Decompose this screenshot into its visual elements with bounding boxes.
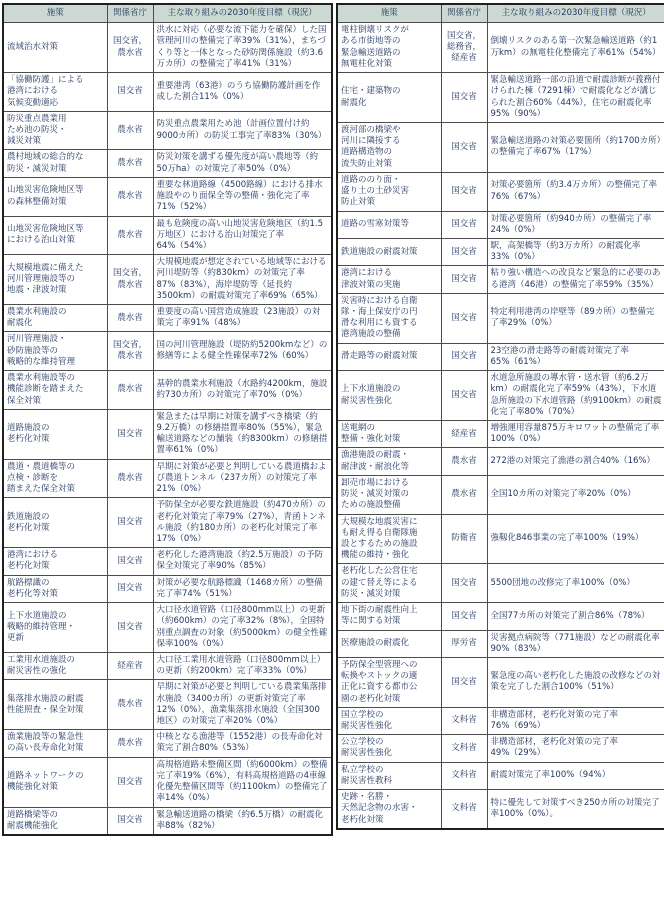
- measure-cell: 漁業施設等の緊急性 の高い長寿命化対策: [3, 730, 107, 757]
- ministry-cell: 国交省: [441, 603, 487, 630]
- table-row: 大規模地震に備えた 河川管理施設等の 地震・津波対策国交省， 農水省大規模地震が…: [3, 255, 332, 305]
- measure-cell: 港湾における 津波対策の実施: [337, 266, 441, 293]
- ministry-cell: 国交省: [441, 564, 487, 603]
- ministry-cell: 国交省: [441, 371, 487, 421]
- measure-cell: 山地災害危険地区等 における治山対策: [3, 216, 107, 255]
- target-cell: 増強運用容量875万キロワットの整備完了率100%（0%）: [487, 421, 664, 448]
- target-cell: 倒壊リスクのある第一次緊急輸送道路（約1万km）の無電柱化整備完了率61%（54…: [487, 23, 664, 73]
- target-cell: 高規格道路未整備区間（約6000km）の整備完了率19%（6%），有料高規格道路…: [153, 757, 332, 807]
- ministry-cell: 国交省: [441, 238, 487, 265]
- measure-cell: 電柱倒壊リスクが ある市街地等の 緊急輸送道路の 無電柱化対策: [337, 23, 441, 73]
- ministry-cell: 経産省: [441, 421, 487, 448]
- ministry-cell: 国交省: [441, 343, 487, 370]
- target-cell: 全国77カ所の対策完了割合86%（78%）: [487, 603, 664, 630]
- target-cell: 最も危険度の高い山地災害危険地区（約1.5万地区）における治山対策完了率64%（…: [153, 216, 332, 255]
- table-row: 山地災害危険地区等 の森林整備対策農水省重要な林道路線（4500路線）における排…: [3, 177, 332, 216]
- column-header-target: 主な取り組みの2030年度目標（現況）: [487, 4, 664, 23]
- measure-cell: 卸売市場における 防災・減災対策の ための施設整備: [337, 475, 441, 514]
- table-row: 「協働防護」による 港湾における 気候変動適応国交省重要港湾（63港）のうち協働…: [3, 73, 332, 112]
- measure-cell: 河川管理施設・ 砂防施設等の 戦略的な維持管理: [3, 332, 107, 371]
- table-row: 私立学校の 耐災害性教科文科省耐震対策完了率100%（94%）: [337, 762, 664, 789]
- table-row: 大規模な地震災害に も耐え得る自衛隊施 設とするための施設 機能の維持・強化防衛…: [337, 514, 664, 564]
- target-cell: 国の河川管理施設（堤防約5200kmなど）の修繕等による健全性確保率72%（60…: [153, 332, 332, 371]
- measure-cell: 大規模地震に備えた 河川管理施設等の 地震・津波対策: [3, 255, 107, 305]
- measure-cell: 公立学校の 耐災害性強化: [337, 735, 441, 762]
- target-cell: 老朽化した港湾施設（約2.5万施設）の予防保全対策完了率90%（85%）: [153, 548, 332, 575]
- target-cell: 早期に対策が必要と判明している農道橋および農道トンネル（237カ所）の対策完了率…: [153, 459, 332, 498]
- table-row: 史跡・名勝・ 天然記念物の水害・ 老朽化対策文科省特に優先して対策すべき250カ…: [337, 790, 664, 829]
- table-row: 航路標識の 老朽化等対策国交省対策が必要な航路標識（1468カ所）の整備完了率7…: [3, 575, 332, 602]
- target-cell: 対策必要箇所（約940カ所）の整備完了率24%（0%）: [487, 211, 664, 238]
- table-row: 港湾における 津波対策の実施国交省粘り強い構造への改良など緊急的に必要のある港湾…: [337, 266, 664, 293]
- ministry-cell: 文科省: [441, 707, 487, 734]
- measure-cell: 渡河部の橋梁や 河川に隣接する 道路構造物の 流失防止対策: [337, 122, 441, 172]
- target-cell: 予防保全が必要な鉄道施設（約470カ所）の老朽化対策完了率79%（27%），青函…: [153, 498, 332, 548]
- measure-cell: 道路橋梁等の 耐震機能強化: [3, 807, 107, 835]
- table-row: 道路の雪寒対策等国交省対策必要箇所（約940カ所）の整備完了率24%（0%）: [337, 211, 664, 238]
- measure-cell: 上下水道施設の 耐災害性強化: [337, 371, 441, 421]
- ministry-cell: 国交省: [107, 409, 153, 459]
- measure-cell: 山地災害危険地区等 の森林整備対策: [3, 177, 107, 216]
- measure-cell: 道路の雪寒対策等: [337, 211, 441, 238]
- target-cell: 大口径工業用水道管路（口径800mm以上）の更新（約200km）完了率33%（0…: [153, 652, 332, 679]
- table-row: 鉄道施設の 老朽化対策国交省予防保全が必要な鉄道施設（約470カ所）の老朽化対策…: [3, 498, 332, 548]
- target-cell: 駅，高架橋等（約3万カ所）の耐震化率33%（0%）: [487, 238, 664, 265]
- target-cell: 防災重点農業用ため池（計画位置付け約9000カ所）の防災工事完了率83%（30%…: [153, 111, 332, 150]
- table-row: 地下街の耐震性向上 等に関する対策国交省全国77カ所の対策完了割合86%（78%…: [337, 603, 664, 630]
- measure-cell: 農村地域の総合的な 防災・減災対策: [3, 150, 107, 177]
- table-row: 農村地域の総合的な 防災・減災対策農水省防災対策を講ずる優先度が高い農地等（約5…: [3, 150, 332, 177]
- target-cell: 基幹的農業水利施設（水路約4200km，施設約730カ所）の対策完了率70%（0…: [153, 371, 332, 410]
- ministry-cell: 農水省: [441, 475, 487, 514]
- ministry-cell: 国交省: [441, 657, 487, 707]
- ministry-cell: 国交省， 総務省， 経産省: [441, 23, 487, 73]
- table-row: 農道・農道橋等の 点検・診断を 踏まえた保全対策農水省早期に対策が必要と判明して…: [3, 459, 332, 498]
- ministry-cell: 文科省: [441, 762, 487, 789]
- measure-cell: 住宅・建築物の 耐震化: [337, 73, 441, 123]
- measure-cell: 港湾における 老朽化対策: [3, 548, 107, 575]
- target-cell: 非構造部材，老朽化対策の完了率76%（69%）: [487, 707, 664, 734]
- table-row: 道路ネットワークの 機能強化対策国交省高規格道路未整備区間（約6000km）の整…: [3, 757, 332, 807]
- target-cell: 洪水に対応（必要な流下能力を確保）した国管理河川の整備完了率39%（31%），ま…: [153, 23, 332, 73]
- table-header-row: 施策 関係省庁 主な取り組みの2030年度目標（現況）: [337, 4, 664, 23]
- measure-cell: 災害時における自衛 隊・海上保安庁の円 滑な利用にも資する 港湾施設の整備: [337, 293, 441, 343]
- measure-cell: 国立学校の 耐災害性強化: [337, 707, 441, 734]
- policy-table-right-body: 電柱倒壊リスクが ある市街地等の 緊急輸送道路の 無電柱化対策国交省， 総務省，…: [337, 23, 664, 829]
- measure-cell: 農業水利施設の 耐震化: [3, 305, 107, 332]
- ministry-cell: 国交省: [107, 73, 153, 112]
- column-header-measure: 施策: [337, 4, 441, 23]
- column-header-ministry: 関係省庁: [441, 4, 487, 23]
- table-row: 住宅・建築物の 耐震化国交省緊急輸送道路一部の沿道で耐震診断が義務付けられた棟（…: [337, 73, 664, 123]
- measure-cell: 私立学校の 耐災害性教科: [337, 762, 441, 789]
- target-cell: 重要度の高い国営造成施設（23施設）の対策完了率91%（48%）: [153, 305, 332, 332]
- ministry-cell: 国交省: [441, 172, 487, 211]
- table-row: 道路橋梁等の 耐震機能強化国交省緊急輸送道路の橋梁（約6.5万橋）の耐震化率88…: [3, 807, 332, 835]
- ministry-cell: 国交省: [107, 757, 153, 807]
- target-cell: 緊急度の高い老朽化した施設の改修などの対策を完了した割合100%（51%）: [487, 657, 664, 707]
- measure-cell: 鉄道施設の耐震対策: [337, 238, 441, 265]
- target-cell: 重要な林道路線（4500路線）における排水施設やのり面保全等の整備・強化完了率7…: [153, 177, 332, 216]
- ministry-cell: 国交省: [441, 211, 487, 238]
- measure-cell: 工業用水道施設の 耐災害性の強化: [3, 652, 107, 679]
- table-row: 河川管理施設・ 砂防施設等の 戦略的な維持管理国交省， 農水省国の河川管理施設（…: [3, 332, 332, 371]
- table-row: 漁業施設等の緊急性 の高い長寿命化対策農水省中核となる漁港等（1552港）の長寿…: [3, 730, 332, 757]
- measure-cell: 道路ののり面・ 盛り土の土砂災害 防止対策: [337, 172, 441, 211]
- target-cell: 水道急所施設の導水管・送水管（約6.2万km）の耐震化完了率59%（43%），下…: [487, 371, 664, 421]
- ministry-cell: 国交省: [441, 266, 487, 293]
- ministry-cell: 国交省: [107, 575, 153, 602]
- measure-cell: 「協働防護」による 港湾における 気候変動適応: [3, 73, 107, 112]
- table-row: 漁港施設の耐震・ 耐津波・耐浪化等農水省272港の対策完了漁港の割合40%（16…: [337, 448, 664, 475]
- measure-cell: 防災重点農業用 ため池の防災・ 減災対策: [3, 111, 107, 150]
- target-cell: 特定利用港湾の岸壁等（89カ所）の整備完了率29%（0%）: [487, 293, 664, 343]
- ministry-cell: 農水省: [107, 216, 153, 255]
- ministry-cell: 国交省: [441, 122, 487, 172]
- ministry-cell: 国交省: [107, 548, 153, 575]
- measure-cell: 集落排水施設の耐震 性能照査・保全対策: [3, 680, 107, 730]
- table-row: 農業水利施設等の 機能診断を踏まえた 保全対策農水省基幹的農業水利施設（水路約4…: [3, 371, 332, 410]
- table-row: 鉄道施設の耐震対策国交省駅，高架橋等（約3万カ所）の耐震化率33%（0%）: [337, 238, 664, 265]
- table-row: 滑走路等の耐震対策国交省23空港の滑走路等の耐震対策完了率65%（61%）: [337, 343, 664, 370]
- target-cell: 272港の対策完了漁港の割合40%（16%）: [487, 448, 664, 475]
- ministry-cell: 国交省: [441, 293, 487, 343]
- column-header-target: 主な取り組みの2030年度目標（現況）: [153, 4, 332, 23]
- measure-cell: 送電網の 整備・強化対策: [337, 421, 441, 448]
- target-cell: 5500団地の改修完了率100%（0%）: [487, 564, 664, 603]
- target-cell: 中核となる漁港等（1552港）の長寿命化対策完了割合80%（53%）: [153, 730, 332, 757]
- table-row: 集落排水施設の耐震 性能照査・保全対策農水省早期に対策が必要と判明している農業集…: [3, 680, 332, 730]
- table-row: 上下水道施設の 戦略的維持管理・ 更新国交省大口径水道管路（口径800mm以上）…: [3, 603, 332, 653]
- target-cell: 緊急輸送道路の橋梁（約6.5万橋）の耐震化率88%（82%）: [153, 807, 332, 835]
- measure-cell: 地下街の耐震性向上 等に関する対策: [337, 603, 441, 630]
- target-cell: 粘り強い構造への改良など緊急的に必要のある港湾（46港）の整備完了率59%（35…: [487, 266, 664, 293]
- table-row: 老朽化した公営住宅 の建て替え等による 防災・減災対策国交省5500団地の改修完…: [337, 564, 664, 603]
- target-cell: 災害拠点病院等（771施設）などの耐震化率90%（83%）: [487, 630, 664, 657]
- measure-cell: 農道・農道橋等の 点検・診断を 踏まえた保全対策: [3, 459, 107, 498]
- target-cell: 強靱化846事業の完了率100%（19%）: [487, 514, 664, 564]
- table-row: 医療施設の耐震化厚労省災害拠点病院等（771施設）などの耐震化率90%（83%）: [337, 630, 664, 657]
- table-row: 渡河部の橋梁や 河川に隣接する 道路構造物の 流失防止対策国交省緊急輸送道路の対…: [337, 122, 664, 172]
- ministry-cell: 国交省， 農水省: [107, 332, 153, 371]
- table-row: 国立学校の 耐災害性強化文科省非構造部材，老朽化対策の完了率76%（69%）: [337, 707, 664, 734]
- target-cell: 対策必要箇所（約3.4万カ所）の整備完了率76%（67%）: [487, 172, 664, 211]
- target-cell: 23空港の滑走路等の耐震対策完了率65%（61%）: [487, 343, 664, 370]
- target-cell: 防災対策を講ずる優先度が高い農地等（約50万ha）の対策完了率50%（0%）: [153, 150, 332, 177]
- ministry-cell: 国交省: [107, 807, 153, 835]
- measure-cell: 航路標識の 老朽化等対策: [3, 575, 107, 602]
- table-row: 上下水道施設の 耐災害性強化国交省水道急所施設の導水管・送水管（約6.2万km）…: [337, 371, 664, 421]
- measure-cell: 滑走路等の耐震対策: [337, 343, 441, 370]
- table-row: 工業用水道施設の 耐災害性の強化経産省大口径工業用水道管路（口径800mm以上）…: [3, 652, 332, 679]
- ministry-cell: 農水省: [107, 680, 153, 730]
- table-header-row: 施策 関係省庁 主な取り組みの2030年度目標（現況）: [3, 4, 332, 23]
- table-row: 公立学校の 耐災害性強化文科省非構造部材，老朽化対策の完了率49%（29%）: [337, 735, 664, 762]
- target-cell: 重要港湾（63港）のうち協働防護計画を作成した割合11%（0%）: [153, 73, 332, 112]
- ministry-cell: 農水省: [107, 371, 153, 410]
- target-cell: 早期に対策が必要と判明している農業集落排水施設（3400カ所）の更新対策完了率1…: [153, 680, 332, 730]
- table-row: 農業水利施設の 耐震化農水省重要度の高い国営造成施設（23施設）の対策完了率91…: [3, 305, 332, 332]
- target-cell: 緊急または早期に対策を講ずべき橋梁（約9.2万橋）の修繕措置率80%（55%），…: [153, 409, 332, 459]
- target-cell: 対策が必要な航路標識（1468カ所）の整備完了率74%（51%）: [153, 575, 332, 602]
- policy-table-right: 施策 関係省庁 主な取り組みの2030年度目標（現況） 電柱倒壊リスクが ある市…: [336, 3, 664, 830]
- table-row: 電柱倒壊リスクが ある市街地等の 緊急輸送道路の 無電柱化対策国交省， 総務省，…: [337, 23, 664, 73]
- ministry-cell: 農水省: [441, 448, 487, 475]
- measure-cell: 流域治水対策: [3, 23, 107, 73]
- table-row: 災害時における自衛 隊・海上保安庁の円 滑な利用にも資する 港湾施設の整備国交省…: [337, 293, 664, 343]
- measure-cell: 史跡・名勝・ 天然記念物の水害・ 老朽化対策: [337, 790, 441, 829]
- ministry-cell: 農水省: [107, 305, 153, 332]
- table-row: 道路ののり面・ 盛り土の土砂災害 防止対策国交省対策必要箇所（約3.4万カ所）の…: [337, 172, 664, 211]
- ministry-cell: 国交省: [441, 73, 487, 123]
- ministry-cell: 厚労省: [441, 630, 487, 657]
- ministry-cell: 国交省， 農水省: [107, 23, 153, 73]
- table-row: 卸売市場における 防災・減災対策の ための施設整備農水省全国10カ所の対策完了率…: [337, 475, 664, 514]
- ministry-cell: 農水省: [107, 111, 153, 150]
- measure-cell: 漁港施設の耐震・ 耐津波・耐浪化等: [337, 448, 441, 475]
- measure-cell: 鉄道施設の 老朽化対策: [3, 498, 107, 548]
- measure-cell: 上下水道施設の 戦略的維持管理・ 更新: [3, 603, 107, 653]
- target-cell: 緊急輸送道路の対策必要箇所（約1700カ所）の整備完了率67%（17%）: [487, 122, 664, 172]
- measure-cell: 農業水利施設等の 機能診断を踏まえた 保全対策: [3, 371, 107, 410]
- target-cell: 非構造部材，老朽化対策の完了率49%（29%）: [487, 735, 664, 762]
- ministry-cell: 国交省， 農水省: [107, 255, 153, 305]
- table-row: 山地災害危険地区等 における治山対策農水省最も危険度の高い山地災害危険地区（約1…: [3, 216, 332, 255]
- column-header-ministry: 関係省庁: [107, 4, 153, 23]
- measure-cell: 医療施設の耐震化: [337, 630, 441, 657]
- measure-cell: 老朽化した公営住宅 の建て替え等による 防災・減災対策: [337, 564, 441, 603]
- ministry-cell: 農水省: [107, 730, 153, 757]
- policy-table-left-body: 流域治水対策国交省， 農水省洪水に対応（必要な流下能力を確保）した国管理河川の整…: [3, 23, 332, 835]
- table-row: 港湾における 老朽化対策国交省老朽化した港湾施設（約2.5万施設）の予防保全対策…: [3, 548, 332, 575]
- target-cell: 大規模地震が想定されている地域等における河川堤防等（約830km）の対策完了率8…: [153, 255, 332, 305]
- table-row: 送電網の 整備・強化対策経産省増強運用容量875万キロワットの整備完了率100%…: [337, 421, 664, 448]
- table-row: 道路施設の 老朽化対策国交省緊急または早期に対策を講ずべき橋梁（約9.2万橋）の…: [3, 409, 332, 459]
- ministry-cell: 農水省: [107, 459, 153, 498]
- measure-cell: 予防保全型管理への 転換やストックの適 正化に資する都市公 園の老朽化対策: [337, 657, 441, 707]
- ministry-cell: 防衛省: [441, 514, 487, 564]
- policy-table-left: 施策 関係省庁 主な取り組みの2030年度目標（現況） 流域治水対策国交省， 農…: [2, 3, 333, 836]
- ministry-cell: 経産省: [107, 652, 153, 679]
- table-row: 防災重点農業用 ため池の防災・ 減災対策農水省防災重点農業用ため池（計画位置付け…: [3, 111, 332, 150]
- measure-cell: 道路ネットワークの 機能強化対策: [3, 757, 107, 807]
- ministry-cell: 文科省: [441, 790, 487, 829]
- ministry-cell: 農水省: [107, 177, 153, 216]
- ministry-cell: 国交省: [107, 603, 153, 653]
- table-row: 流域治水対策国交省， 農水省洪水に対応（必要な流下能力を確保）した国管理河川の整…: [3, 23, 332, 73]
- target-cell: 大口径水道管路（口径800mm以上）の更新（約600km）の完了率32%（8%）…: [153, 603, 332, 653]
- ministry-cell: 農水省: [107, 150, 153, 177]
- table-row: 予防保全型管理への 転換やストックの適 正化に資する都市公 園の老朽化対策国交省…: [337, 657, 664, 707]
- column-header-measure: 施策: [3, 4, 107, 23]
- target-cell: 特に優先して対策すべき250カ所の対策完了率100%（0%）。: [487, 790, 664, 829]
- target-cell: 緊急輸送道路一部の沿道で耐震診断が義務付けられた棟（7291棟）で耐震化などが講…: [487, 73, 664, 123]
- policy-tables-page: 施策 関係省庁 主な取り組みの2030年度目標（現況） 流域治水対策国交省， 農…: [0, 0, 664, 839]
- target-cell: 全国10カ所の対策完了率20%（0%）: [487, 475, 664, 514]
- measure-cell: 道路施設の 老朽化対策: [3, 409, 107, 459]
- ministry-cell: 国交省: [107, 498, 153, 548]
- target-cell: 耐震対策完了率100%（94%）: [487, 762, 664, 789]
- ministry-cell: 文科省: [441, 735, 487, 762]
- measure-cell: 大規模な地震災害に も耐え得る自衛隊施 設とするための施設 機能の維持・強化: [337, 514, 441, 564]
